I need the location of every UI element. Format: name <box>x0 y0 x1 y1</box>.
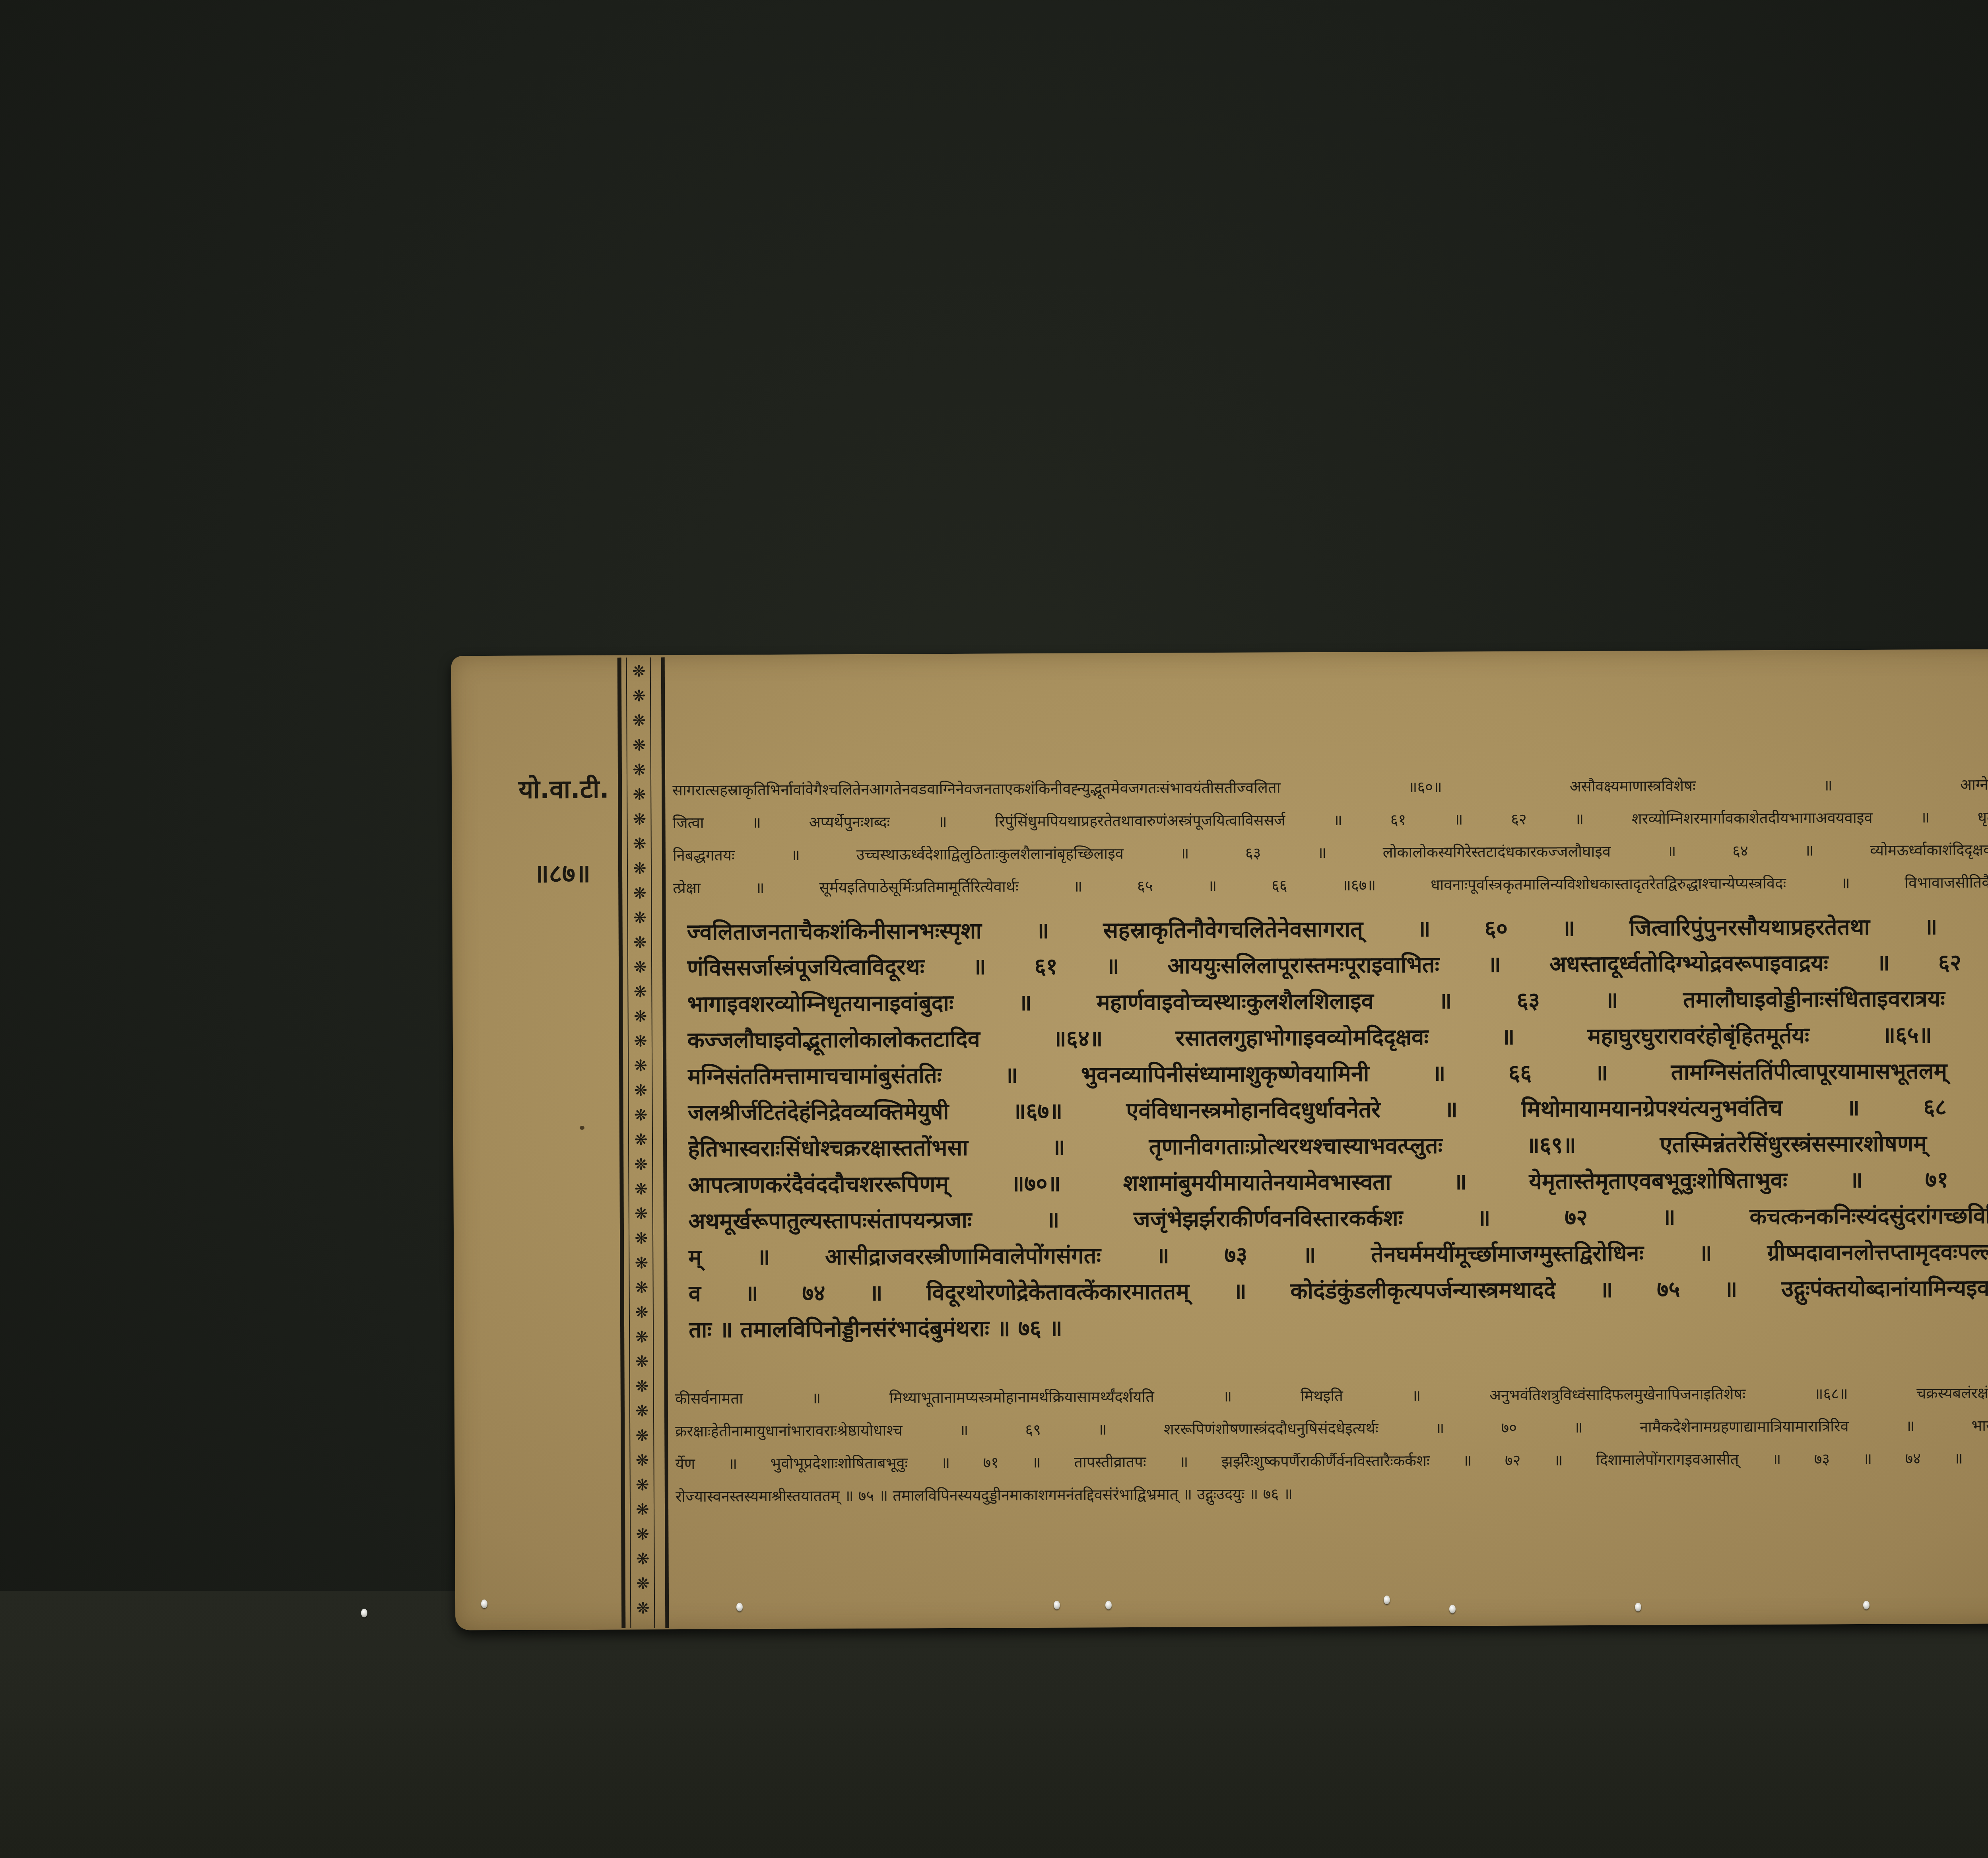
commentary-line: निबद्धगतयः ॥ उच्चस्थाऊर्ध्वदेशाद्विलुठित… <box>673 838 1988 867</box>
left-border-outer-rule <box>617 658 626 1628</box>
verse-line: आपत्त्राणकरंदैवंददौचशररूपिणम् ॥७०॥ शशामा… <box>688 1162 1988 1203</box>
verse-line: म् ॥ आसीद्राजवरस्त्रीणामिवालेपोंगसंगतः ॥… <box>688 1235 1988 1275</box>
verse-line: कज्जलौघाइवोद्भूतालोकालोकतटादिव ॥६४॥ रसात… <box>687 1018 1988 1058</box>
top-commentary: सागरात्सहस्राकृतिभिर्नावांवेगैश्चलितेनआग… <box>451 649 1988 656</box>
commentary-line: क्ररक्षाःहेतीनामायुधानांभारावराःश्रेष्ठा… <box>675 1413 1988 1443</box>
verse-line: ज्वलिताजनताचैकशंकिनीसानभःस्पृशा ॥ सहस्रा… <box>687 910 1988 950</box>
commentary-line: त्प्रेक्षा ॥ सूर्मयइतिपाठेसूर्मिःप्रतिमा… <box>673 870 1988 900</box>
commentary-line: सागरात्सहस्राकृतिभिर्नावांवेगैश्चलितेनआग… <box>672 772 1988 802</box>
commentary-line: जित्वा ॥ अप्यर्थेपुनःशब्दः ॥ रिपुंसिंधुम… <box>672 805 1988 835</box>
pin <box>1635 1603 1641 1611</box>
pin <box>1105 1601 1112 1609</box>
commentary-line: र्येण ॥ भुवोभूप्रदेशाःशोषिताबभूवुः ॥ ७१ … <box>675 1446 1988 1476</box>
verse-line: भागाइवशरव्योम्निधृतयानाइवांबुदाः ॥ महार्… <box>687 981 1988 1022</box>
verse-line: हेतिभास्वराःसिंधोश्चक्ररक्षास्ततोंभसा ॥ … <box>688 1126 1988 1166</box>
pin <box>1449 1605 1456 1613</box>
commentary-line: कीसर्वनामता ॥ मिथ्याभूतानामप्यस्त्रमोहान… <box>675 1381 1988 1411</box>
ink-spot <box>580 1126 584 1130</box>
verse-line: ताः ॥ तमालविपिनोड्डीनसंरंभादंबुमंथराः ॥ … <box>689 1307 1988 1347</box>
pin <box>481 1600 487 1608</box>
left-border-thin-rule <box>626 658 631 1628</box>
pin <box>736 1603 743 1611</box>
verse-block: ज्वलिताजनताचैकशंकिनीसानभःस्पृशा ॥ सहस्रा… <box>451 649 1988 656</box>
manuscript-page: ❋ ❋ ❋ ❋ ❋ ❋ ❋ ❋ ❋ ❋ ❋ ❋ ❋ ❋ ❋ ❋ ❋ ❋ ❋ ❋ … <box>451 649 1988 1631</box>
verse-line: जलश्रीर्जटितंदेहंनिद्रेवव्यक्तिमेयुषी ॥६… <box>688 1090 1988 1130</box>
pin <box>1384 1596 1390 1604</box>
left-border-inner-rule <box>661 657 669 1628</box>
verse-line: णंविससर्जास्त्रंपूजयित्वाविदूरथः ॥ ६१ ॥ … <box>687 945 1988 985</box>
pin <box>361 1609 367 1617</box>
pin <box>1863 1601 1870 1609</box>
left-margin-title: यो.वा.टी. <box>518 771 609 806</box>
felt-background-lower <box>0 1591 1988 1858</box>
bottom-commentary: कीसर्वनामता ॥ मिथ्याभूतानामप्यस्त्रमोहान… <box>451 649 1988 656</box>
verse-line: व ॥ ७४ ॥ विदूरथोरणोद्रेकेतावत्केंकारमातत… <box>688 1271 1988 1311</box>
left-margin-page-number: ॥८७॥ <box>534 855 591 890</box>
verse-line: मग्निसंततिमत्तामाचचामांबुसंततिः ॥ भुवनव्… <box>687 1054 1988 1094</box>
left-border-thin-rule-2 <box>650 657 655 1628</box>
commentary-line: रोज्यास्वनस्तस्यमाश्रीस्तयाततम् ॥ ७५ ॥ त… <box>676 1479 1988 1508</box>
pin <box>1054 1601 1060 1609</box>
verse-line: अथमूर्खरूपातुल्यस्तापःसंतापयन्प्रजाः ॥ ज… <box>688 1199 1988 1239</box>
left-ornamental-border: ❋ ❋ ❋ ❋ ❋ ❋ ❋ ❋ ❋ ❋ ❋ ❋ ❋ ❋ ❋ ❋ ❋ ❋ ❋ ❋ … <box>631 659 651 1625</box>
